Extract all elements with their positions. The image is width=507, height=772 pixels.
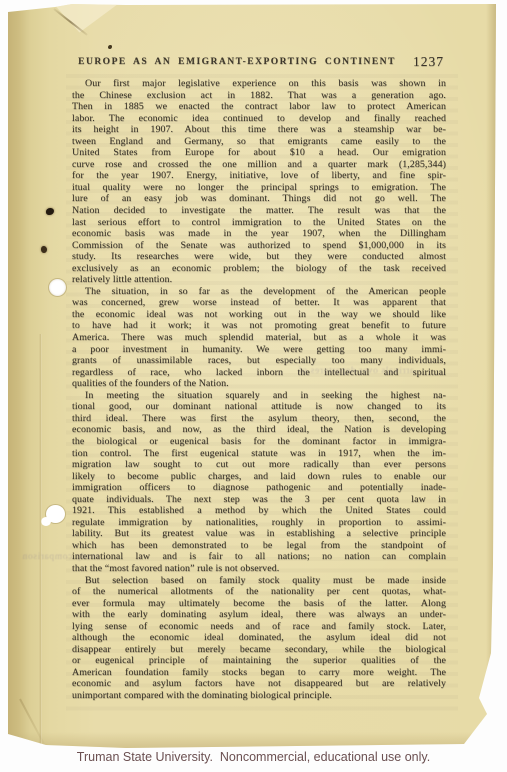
text-line: qualities of the founders of the Nation. xyxy=(72,378,446,390)
text-line: unimportant compared with the dominating… xyxy=(72,690,446,702)
text-line: United States from Europe for about $10 … xyxy=(72,147,446,159)
text-line: America. There was much splendid materia… xyxy=(72,332,446,344)
text-line: migration law sought to cut out more rad… xyxy=(72,459,446,471)
paragraph: In meeting the situation squarely and in… xyxy=(72,390,446,575)
text-line: economic and asylum factors have not dis… xyxy=(72,678,446,690)
copyright-notice: Truman State University. Noncommercial, … xyxy=(0,750,507,764)
text-line: which has been demonstrated to be legal … xyxy=(72,540,446,552)
stain-speck xyxy=(46,208,54,215)
paragraph: But selection based on family stock qual… xyxy=(72,575,446,702)
text-line: a poor investment in humanity. We were g… xyxy=(72,344,446,356)
punch-hole-notch xyxy=(41,517,51,526)
text-line: economic basis, and now, as the third id… xyxy=(72,424,446,436)
text-line: Then in 1885 we enacted the contract lab… xyxy=(72,101,446,113)
text-line: tion control. The first eugenical statut… xyxy=(72,448,446,460)
binding-fold-line xyxy=(19,699,49,753)
text-line: tween England and Germany, so that emigr… xyxy=(72,136,446,148)
text-line: regulate immigration by nationalities, r… xyxy=(72,517,446,529)
stain-speck xyxy=(41,246,47,253)
text-line: study. Its researches were wide, but the… xyxy=(72,251,446,263)
text-line: Our first major legislative experience o… xyxy=(72,78,446,90)
text-line: lying sense of economic needs and of rac… xyxy=(72,621,446,633)
text-line: last serious effort to control immigrati… xyxy=(72,217,446,229)
text-line: American foundation family stocks began … xyxy=(72,667,446,679)
text-line: labor. The economic idea continued to de… xyxy=(72,113,446,125)
text-line: was concerned, grew worse instead of bet… xyxy=(72,297,446,309)
text-line: international law and is fair to all nat… xyxy=(72,551,446,563)
text-line: third ideal. There was first the asylum … xyxy=(72,413,446,425)
running-header-title: EUROPE AS AN EMIGRANT-EXPORTING CONTINEN… xyxy=(72,57,402,67)
ink-bleed-text: ready comparison xyxy=(22,552,99,562)
scan-viewport: EUROPE AS AN EMIGRANT-EXPORTING CONTINEN… xyxy=(0,0,507,772)
text-column: EUROPE AS AN EMIGRANT-EXPORTING CONTINEN… xyxy=(72,54,446,702)
text-line: But selection based on family stock qual… xyxy=(72,575,446,587)
text-line: tional good, our dominant national attit… xyxy=(72,401,446,413)
ink-bleed-text: arrivals over departures of xyxy=(298,366,414,376)
text-line: economic basis was made in the year 1907… xyxy=(72,228,446,240)
text-line: to have had it work; it was not promotin… xyxy=(72,320,446,332)
text-line: although the economic ideal dominated, t… xyxy=(72,632,446,644)
text-line: immigration officers to diagnose pathoge… xyxy=(72,482,446,494)
text-line: 1921. This established a method by which… xyxy=(72,505,446,517)
text-line: grants of unassimilable races, but espec… xyxy=(72,355,446,367)
text-line: ever formula may ultimately become the b… xyxy=(72,598,446,610)
text-line: of the numerical allotments of the natio… xyxy=(72,586,446,598)
text-line: quate individuals. The next step was the… xyxy=(72,494,446,506)
text-line: or eugenical principle of maintaining th… xyxy=(72,655,446,667)
text-line: for the year 1907. Energy, initiative, l… xyxy=(72,170,446,182)
text-line: itual quality were no longer the princip… xyxy=(72,182,446,194)
text-line: that the “most favored nation” rule is n… xyxy=(72,563,446,575)
stain-speck xyxy=(108,45,112,49)
text-line: disappear entirely but merely became sec… xyxy=(72,644,446,656)
text-line: Commission of the Senate was authorized … xyxy=(72,240,446,252)
text-line: its height in 1907. About this time ther… xyxy=(72,124,446,136)
text-line: with the early dominating asylum ideal, … xyxy=(72,609,446,621)
paragraph: Our first major legislative experience o… xyxy=(72,78,446,286)
book-page: EUROPE AS AN EMIGRANT-EXPORTING CONTINEN… xyxy=(6,4,496,748)
page-number: 1237 xyxy=(413,54,444,70)
text-line: In meeting the situation squarely and in… xyxy=(72,390,446,402)
punch-hole xyxy=(49,279,66,296)
text-line: Nation decided to investigate the matter… xyxy=(72,205,446,217)
text-line: likely to become public charges, and lai… xyxy=(72,471,446,483)
text-line: The situation, in so far as the developm… xyxy=(72,286,446,298)
text-line: the Chinese exclusion act in 1882. That … xyxy=(72,90,446,102)
text-line: the biological or eugenical basis for th… xyxy=(72,436,446,448)
text-line: lure of an easy job was dominant. Things… xyxy=(72,193,446,205)
text-line: lability. But its greatest value was in … xyxy=(72,528,446,540)
text-line: curve rose and crossed the one million a… xyxy=(72,159,446,171)
running-header: EUROPE AS AN EMIGRANT-EXPORTING CONTINEN… xyxy=(72,54,446,69)
text-line: exclusively as an economic problem; the … xyxy=(72,263,446,275)
text-line: relatively little attention. xyxy=(72,274,446,286)
body-text: Our first major legislative experience o… xyxy=(72,78,446,702)
text-line: the economic ideal was not working out i… xyxy=(72,309,446,321)
